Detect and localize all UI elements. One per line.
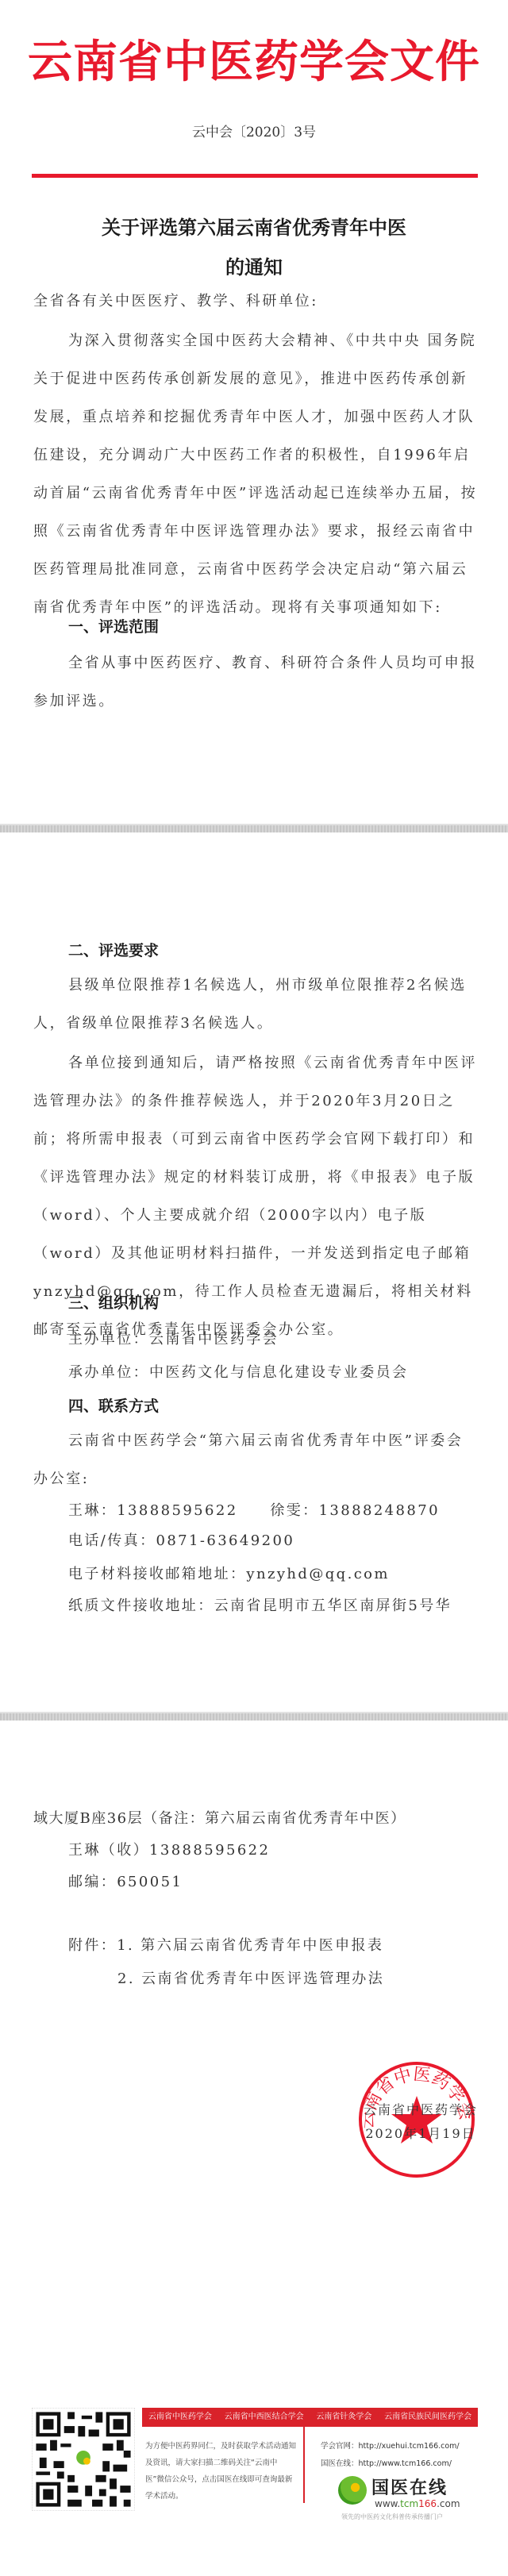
mailing-address-start: 纸质文件接收地址：云南省昆明市五华区南屏街5号华 (68, 1587, 452, 1625)
section1-body: 全省从事中医药医疗、教育、科研符合条件人员均可申报参加评选。 (33, 644, 478, 721)
section3-heading: 三、组织机构 (68, 1284, 159, 1322)
society-website-link[interactable]: 学会官网：http://xuehui.tcm166.com/ (321, 2440, 460, 2451)
notice-title-line2: 的通知 (0, 248, 508, 287)
guoyi-tagline: 领先的中医药文化科普传承传播门户 (341, 2513, 443, 2521)
qr-code-icon (33, 2409, 134, 2510)
society-link[interactable]: 云南省针灸学会 (316, 2408, 371, 2427)
page-separator (0, 1712, 508, 1721)
official-seal-icon: 云南省中医药学会 (357, 2060, 476, 2179)
society-links-bar: 云南省中医药学会 云南省中西医结合学会 云南省针灸学会 云南省民族民间医药学会 (142, 2408, 478, 2427)
document-masthead: 云南省中医药学会文件 (0, 30, 508, 94)
document-number: 云中会〔2020〕3号 (0, 121, 508, 140)
society-link[interactable]: 云南省民族民间医药学会 (384, 2408, 471, 2427)
wechat-qr-code[interactable] (32, 2408, 135, 2511)
society-link[interactable]: 云南省中医药学会 (148, 2408, 212, 2427)
attachment-2: 2. 云南省优秀青年中医评选管理办法 (117, 1960, 384, 1998)
guoyi-online-link[interactable]: 国医在线：http://www.tcm166.com/ (321, 2457, 452, 2468)
section1-heading: 一、评选范围 (68, 608, 159, 646)
office-line: 云南省中医药学会“第六届云南省优秀青年中医”评委会办公室: (33, 1422, 478, 1498)
society-link[interactable]: 云南省中西医结合学会 (225, 2408, 304, 2427)
signature-org: 云南省中医药学会 (333, 2100, 508, 2118)
co-organizer: 承办单位：中医药文化与信息化建设专业委员会 (68, 1354, 408, 1392)
phone-fax: 电话/传真：0871-63649200 (68, 1522, 294, 1560)
notice-title-line1: 关于评选第六届云南省优秀青年中医 (0, 208, 508, 248)
postcode: 邮编：650051 (68, 1863, 183, 1901)
attachment-1: 附件：1. 第六届云南省优秀青年中医申报表 (68, 1927, 383, 1965)
page-separator (0, 824, 508, 832)
intro-paragraph: 为深入贯彻落实全国中医药大会精神、《中共中央 国务院关于促进中医药传承创新发展的… (33, 322, 478, 627)
section2-heading: 二、评选要求 (68, 932, 159, 970)
section4-heading: 四、联系方式 (68, 1387, 159, 1425)
guoyi-logo-name: 国医在线 (371, 2474, 448, 2499)
footer-description: 为方便中医药界同仁，及时获取学术活动通知及资讯，请大家扫描二维码关注“云南中医”… (145, 2438, 296, 2505)
signature-date: 2020年1月19日 (333, 2124, 508, 2142)
organizer: 主办单位：云南省中医药学会 (68, 1321, 279, 1359)
footer-divider (303, 2427, 305, 2503)
guoyi-logo-icon (338, 2476, 367, 2505)
salutation: 全省各有关中医医疗、教学、科研单位: (33, 283, 478, 321)
masthead-red-rule (32, 174, 478, 178)
guoyi-logo-url[interactable]: www.tcm166.com (375, 2498, 460, 2509)
section2-paragraph1: 县级单位限推荐1名候选人，州市级单位限推荐2名候选人，省级单位限推荐3名候选人。 (33, 967, 478, 1043)
